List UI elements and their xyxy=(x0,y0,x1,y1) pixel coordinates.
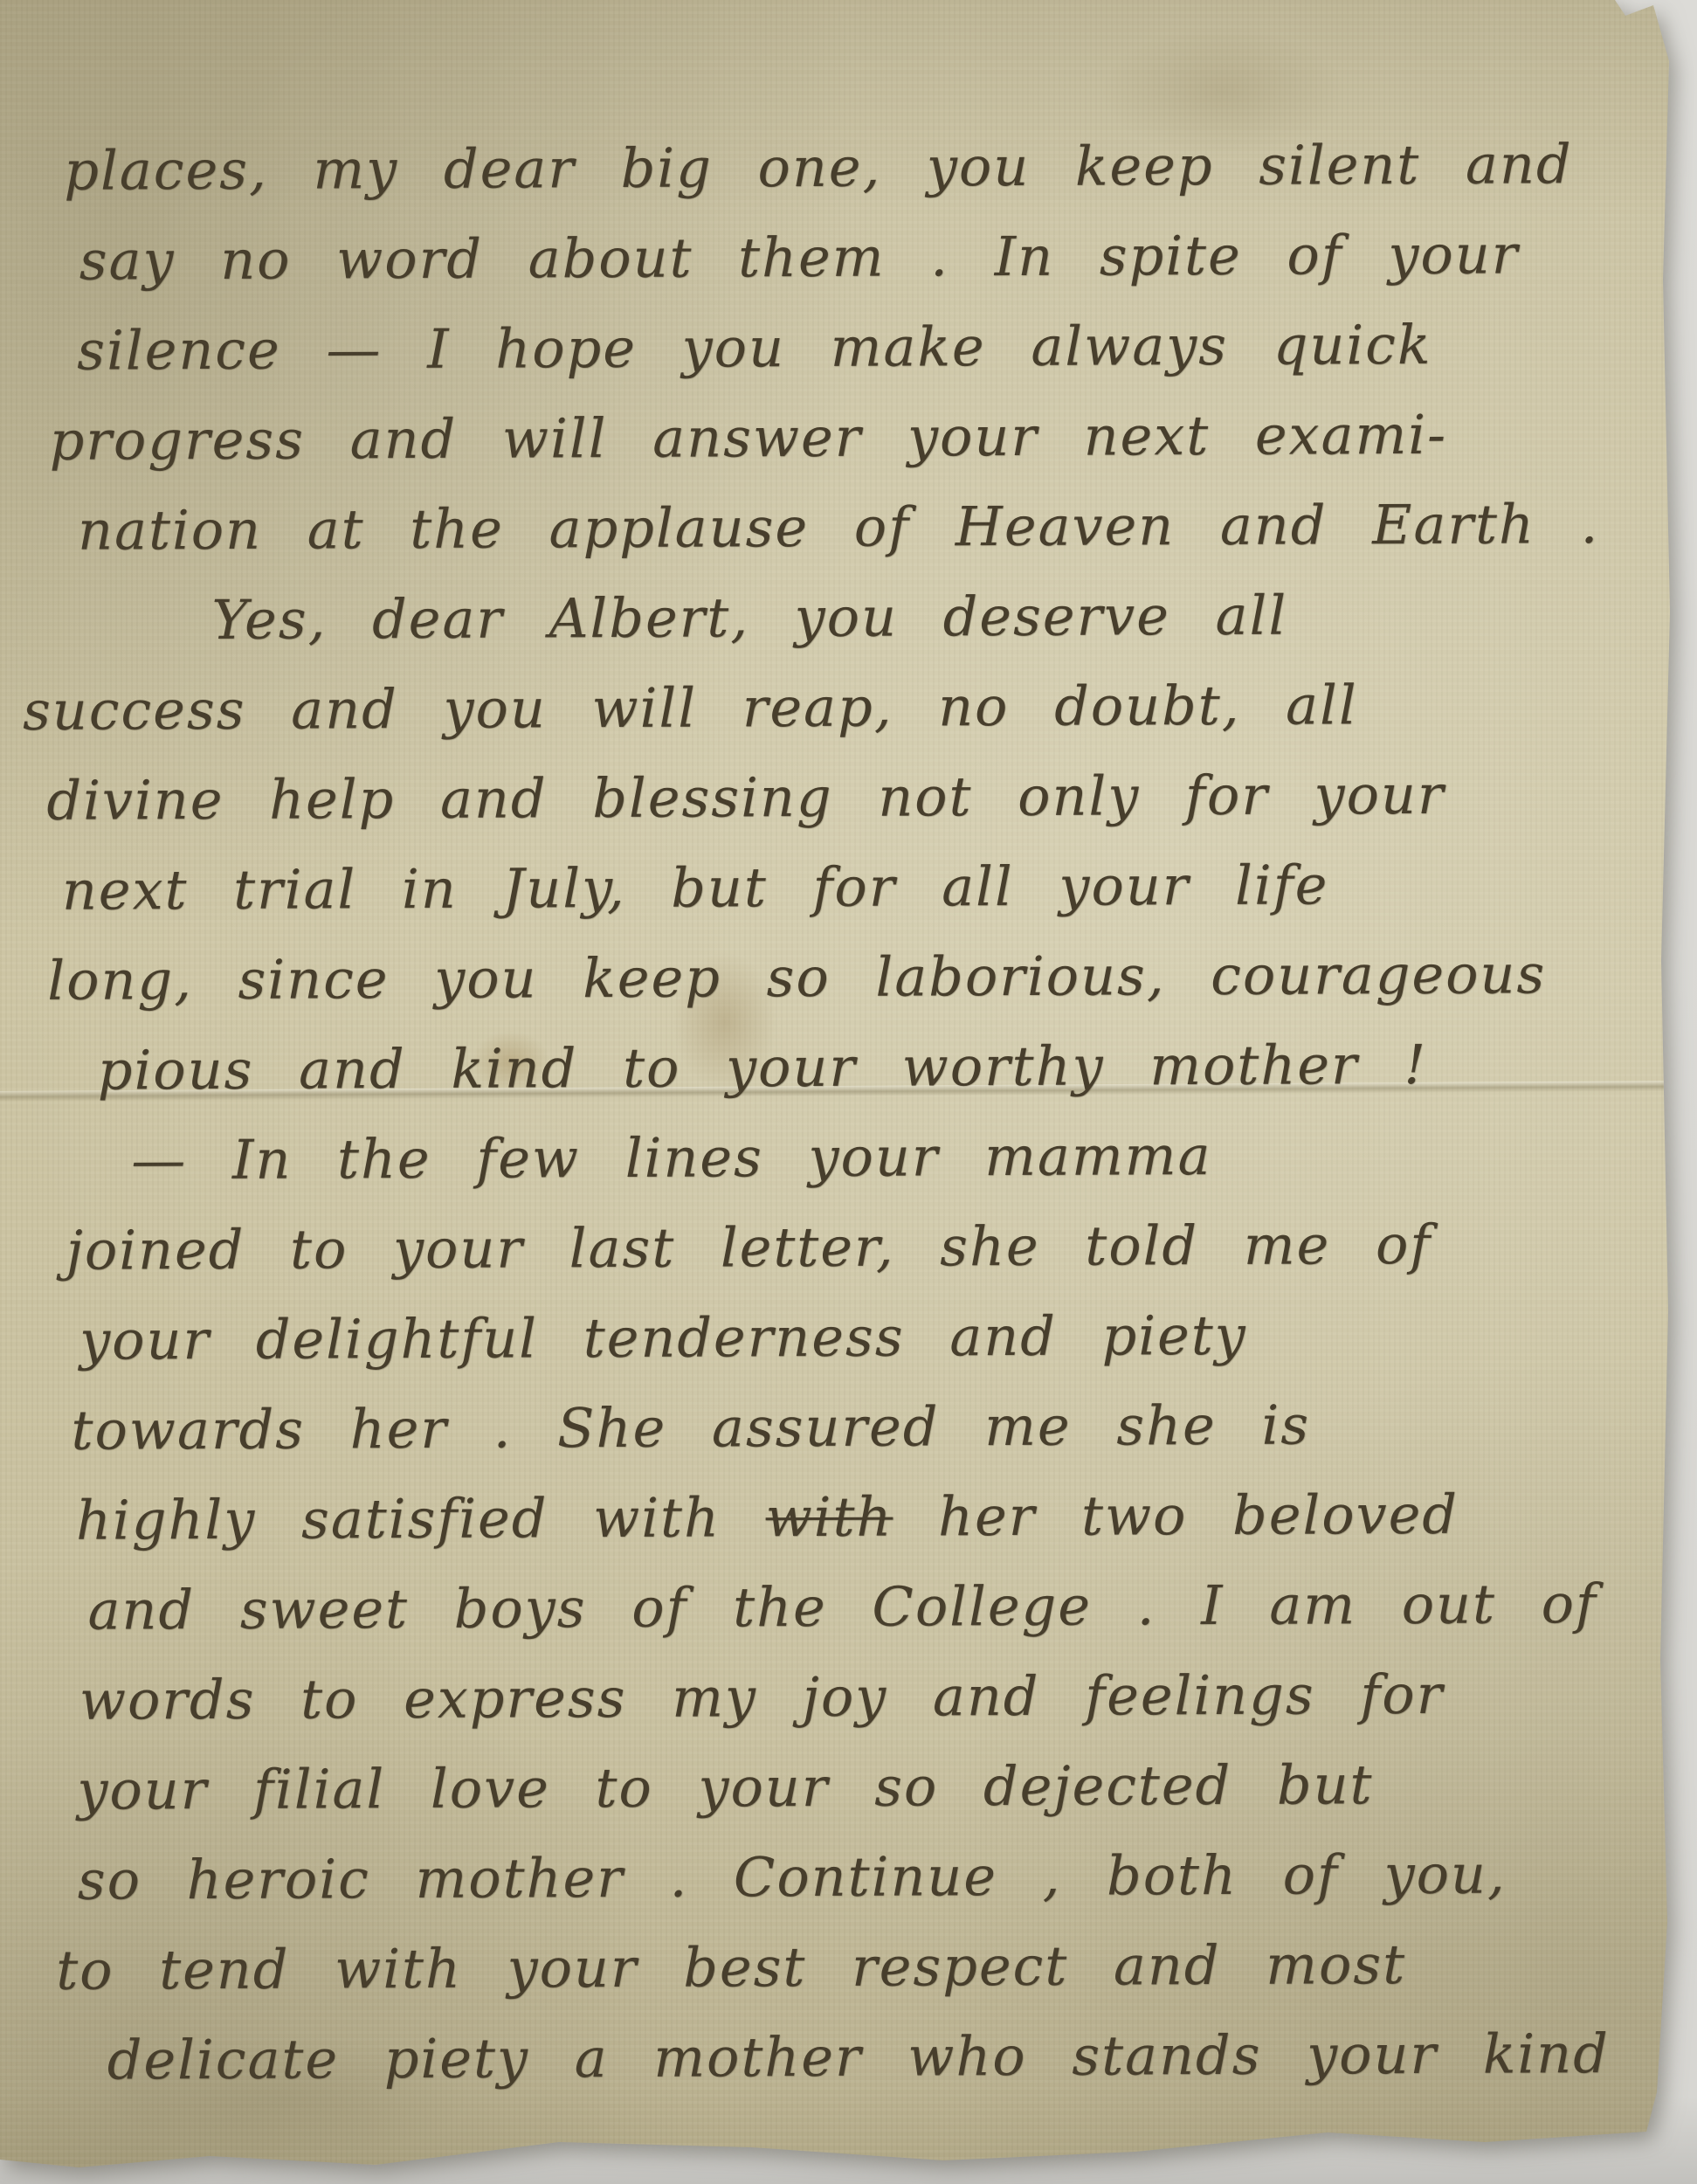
letter-line-4: progress and will answer your next exami… xyxy=(0,389,1631,486)
letter-line-22: delicate piety a mother who stands your … xyxy=(4,2008,1638,2105)
letter-line-7: success and you will reap, no doubt, all xyxy=(0,659,1631,756)
scanned-letter: places, my dear big one, you keep silent… xyxy=(0,0,1697,2184)
letter-line-19: your filial love to your so dejected but xyxy=(3,1738,1636,1835)
letter-line-10: long, since you keep so laborious, coura… xyxy=(0,929,1633,1026)
letter-line-2: say no word about them . In spite of you… xyxy=(0,209,1630,306)
letter-line-1: places, my dear big one, you keep silent… xyxy=(0,119,1629,216)
letter-line-11: pious and kind to your worthy mother ! xyxy=(0,1019,1633,1116)
letter-line-14: your delightful tenderness and piety xyxy=(1,1289,1634,1386)
letter-line-6: Yes, dear Albert, you deserve all xyxy=(0,569,1631,666)
letter-line-8: divine help and blessing not only for yo… xyxy=(0,749,1632,846)
struck-word: with xyxy=(765,1485,893,1550)
letter-body: places, my dear big one, you keep silent… xyxy=(0,119,1638,2105)
letter-line-5: nation at the applause of Heaven and Ear… xyxy=(0,479,1631,576)
letter-line-9: next trial in July, but for all your lif… xyxy=(0,839,1632,936)
line-fragment: highly satisfied with xyxy=(76,1485,766,1552)
letter-line-21: to tend with your best respect and most xyxy=(3,1918,1637,2015)
letter-line-13: joined to your last letter, she told me … xyxy=(0,1199,1633,1296)
line-fragment: her two beloved xyxy=(893,1482,1459,1549)
letter-line-15: towards her . She assured me she is xyxy=(1,1379,1634,1476)
letter-line-20: so heroic mother . Continue , both of yo… xyxy=(3,1828,1637,1925)
letter-page: places, my dear big one, you keep silent… xyxy=(0,0,1673,2174)
letter-page-wrap: places, my dear big one, you keep silent… xyxy=(0,0,1673,2174)
letter-line-18: words to express my joy and feelings for xyxy=(3,1648,1636,1745)
letter-line-3: silence — I hope you make always quick xyxy=(0,299,1630,396)
letter-line-17: and sweet boys of the College . I am out… xyxy=(2,1559,1635,1655)
letter-line-16: highly satisfied with with her two belov… xyxy=(2,1469,1635,1565)
letter-line-12: — In the few lines your mamma xyxy=(0,1109,1633,1206)
